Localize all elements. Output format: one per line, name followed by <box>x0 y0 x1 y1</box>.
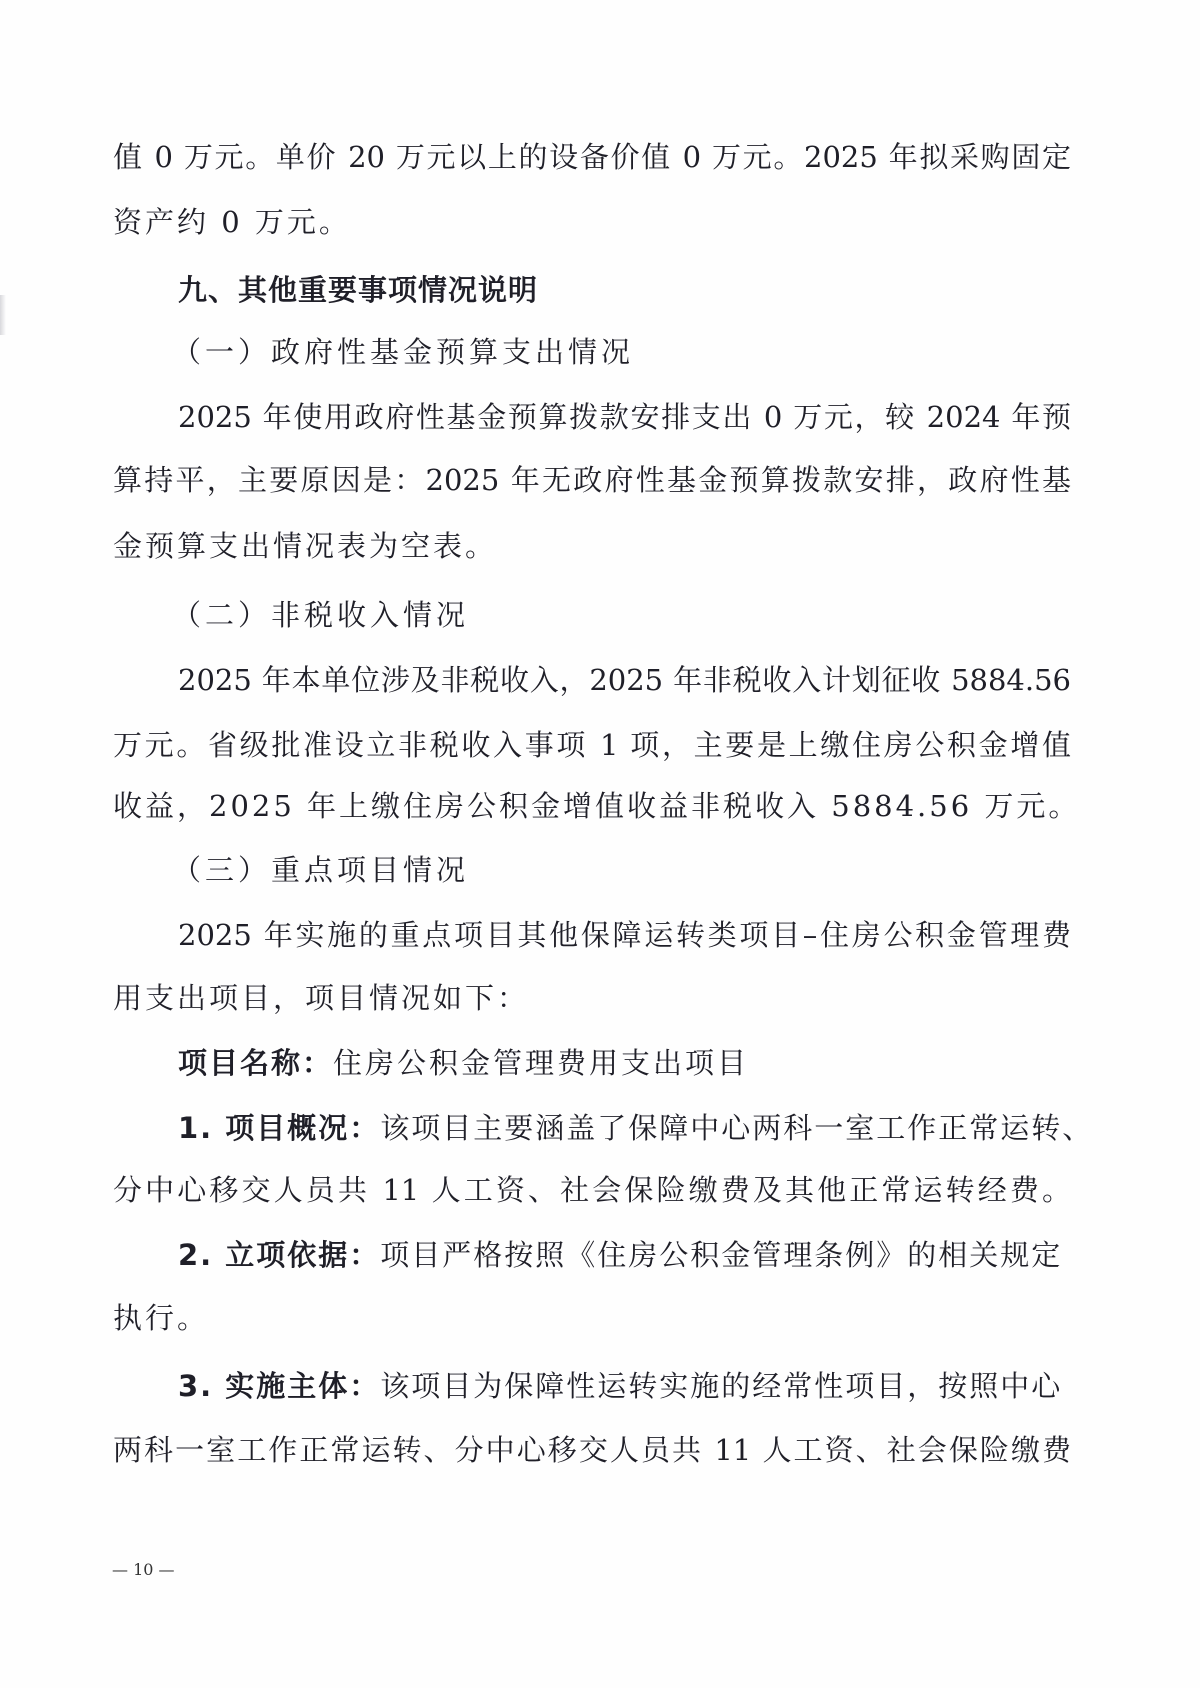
item-3-text: 该项目为保障性运转实施的经常性项目，按照中心 <box>380 1369 1062 1403</box>
paragraph-line: 资产约 0 万元。 <box>113 202 351 242</box>
paragraph-line: 2025 年实施的重点项目其他保障运转类项目–住房公积金管理费 <box>178 915 1071 955</box>
item-1-line: 1. 项目概况：该项目主要涵盖了保障中心两科一室工作正常运转、 <box>178 1108 1093 1148</box>
paragraph-line: 值 0 万元。单价 20 万元以上的设备价值 0 万元。2025 年拟采购固定 <box>113 137 1071 177</box>
paragraph-line: 分中心移交人员共 11 人工资、社会保险缴费及其他正常运转经费。 <box>113 1170 1071 1210</box>
page-number: — 10 — <box>112 1560 175 1580</box>
paragraph-line: 2025 年本单位涉及非税收入，2025 年非税收入计划征收 5884.56 <box>178 660 1071 700</box>
paragraph-line: 2025 年使用政府性基金预算拨款安排支出 0 万元，较 2024 年预 <box>178 397 1071 437</box>
project-name-label: 项目名称： <box>178 1046 333 1080</box>
paragraph-line: 用支出项目，项目情况如下： <box>113 978 529 1018</box>
section-heading-9: 九、其他重要事项情况说明 <box>178 270 538 310</box>
item-3-label: 3. 实施主体： <box>178 1369 380 1403</box>
subsection-heading-3: （三）重点项目情况 <box>172 850 469 890</box>
item-2-label: 2. 立项依据： <box>178 1238 380 1272</box>
item-3-line: 3. 实施主体：该项目为保障性运转实施的经常性项目，按照中心 <box>178 1366 1062 1406</box>
document-page: 值 0 万元。单价 20 万元以上的设备价值 0 万元。2025 年拟采购固定 … <box>0 0 1200 1688</box>
project-name-line: 项目名称：住房公积金管理费用支出项目 <box>178 1043 749 1083</box>
paragraph-line: 收益，2025 年上缴住房公积金增值收益非税收入 5884.56 万元。 <box>113 786 1080 826</box>
item-1-label: 1. 项目概况： <box>178 1111 380 1145</box>
project-name-value: 住房公积金管理费用支出项目 <box>333 1046 749 1080</box>
paragraph-line: 两科一室工作正常运转、分中心移交人员共 11 人工资、社会保险缴费 <box>113 1430 1071 1470</box>
paragraph-line: 算持平，主要原因是：2025 年无政府性基金预算拨款安排，政府性基 <box>113 460 1071 500</box>
scan-artifact <box>0 295 6 335</box>
paragraph-line: 万元。省级批准设立非税收入事项 1 项，主要是上缴住房公积金增值 <box>113 725 1071 765</box>
item-2-text: 项目严格按照《住房公积金管理条例》的相关规定 <box>380 1238 1062 1272</box>
paragraph-line: 金预算支出情况表为空表。 <box>113 526 497 566</box>
paragraph-line: 执行。 <box>113 1298 209 1338</box>
item-1-text: 该项目主要涵盖了保障中心两科一室工作正常运转、 <box>380 1111 1093 1145</box>
item-2-line: 2. 立项依据：项目严格按照《住房公积金管理条例》的相关规定 <box>178 1235 1062 1275</box>
subsection-heading-2: （二）非税收入情况 <box>172 595 469 635</box>
subsection-heading-1: （一）政府性基金预算支出情况 <box>172 332 634 372</box>
